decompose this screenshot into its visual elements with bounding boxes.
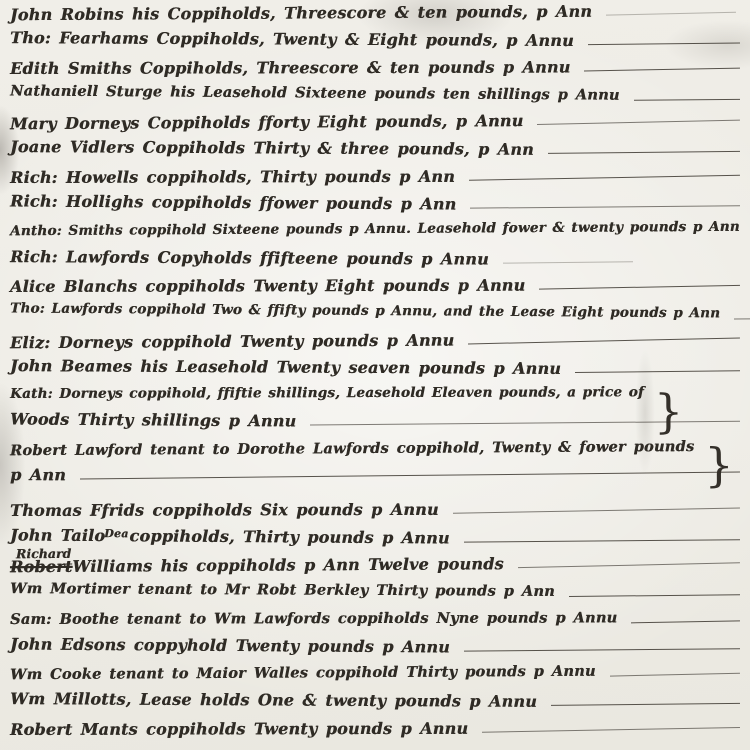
line-text: Alice Blanchs coppiholds Twenty Eight po… <box>10 276 525 296</box>
trailing-rule-line <box>482 727 740 733</box>
trailing-rule-line <box>575 370 740 373</box>
manuscript-line: Robert Lawford tenant to Dorothe Lawford… <box>10 438 744 470</box>
trailing-rule-line <box>548 152 740 155</box>
line-text: Rich: Howells coppiholds, Thirty pounds … <box>10 167 455 187</box>
trailing-rule-line <box>610 673 740 677</box>
line-text: Woods Thirty shillings p Annu <box>10 410 296 431</box>
trailing-rule-line <box>80 472 740 480</box>
trailing-rule-line <box>606 12 736 16</box>
line-text: coppiholds, Thirty pounds p Annu <box>129 526 449 547</box>
trailing-rule-line <box>503 261 633 263</box>
trailing-rule-line <box>464 648 740 651</box>
manuscript-line: Wm Mortimer tenant to Mr Robt Berkley Th… <box>10 580 744 611</box>
trailing-rule-line <box>584 67 740 71</box>
trailing-rule-line <box>588 43 740 46</box>
manuscript-line: Sam: Boothe tenant to Wm Lawfords coppih… <box>10 609 744 638</box>
trailing-rule-line <box>569 595 740 598</box>
manuscript-line: Wm Millotts, Lease holds One & twenty po… <box>10 690 744 721</box>
line-text: Tho: Lawfords coppihold Two & ffifty pou… <box>10 301 720 322</box>
manuscript-line: Eliz: Dorneys coppihold Twenty pounds p … <box>10 328 744 360</box>
trailing-rule-line <box>518 562 740 568</box>
line-text: Wm Cooke tenant to Maior Walles coppihol… <box>10 663 596 684</box>
manuscript-line: John Beames his Leasehold Twenty seaven … <box>10 356 744 387</box>
trailing-rule-line <box>539 285 740 290</box>
interlinear-insertion: Richard <box>16 546 71 561</box>
line-text: Eliz: Dorneys coppihold Twenty pounds p … <box>10 330 454 352</box>
line-text: Nathaniell Sturge his Leasehold Sixteene… <box>10 82 620 103</box>
trailing-rule-line <box>469 175 740 181</box>
line-text: Edith Smiths Coppiholds, Threescore & te… <box>10 57 571 77</box>
line-text: John Edsons coppyhold Twenty pounds p An… <box>10 634 450 656</box>
trailing-rule-line <box>470 206 740 209</box>
line-text: Kath: Dorneys coppihold, ffiftie shillin… <box>10 384 644 402</box>
line-text: Thomas Ffrids coppiholds Six pounds p An… <box>10 500 439 520</box>
trailing-rule-line <box>551 703 740 706</box>
trailing-rule-line <box>631 620 740 623</box>
trailing-rule-line <box>734 319 750 320</box>
manuscript-line: Joane Vidlers Coppiholds Thirty & three … <box>10 138 744 169</box>
line-text: p Ann <box>10 465 66 484</box>
trailing-rule-line <box>453 508 740 514</box>
manuscript-line: Rich: Howells coppiholds, Thirty pounds … <box>10 166 744 195</box>
manuscript-line: Alice Blanchs coppiholds Twenty Eight po… <box>10 275 744 304</box>
line-text: Tho: Fearhams Coppiholds, Twenty & Eight… <box>10 28 574 50</box>
manuscript-line: p Ann <box>10 465 744 496</box>
manuscript-page: John Robins his Coppiholds, Threescore &… <box>0 0 750 750</box>
line-text: Wm Mortimer tenant to Mr Robt Berkley Th… <box>10 580 555 600</box>
trailing-rule-line <box>634 99 740 101</box>
manuscript-line: Kath: Dorneys coppihold, ffiftie shillin… <box>10 384 744 413</box>
line-text: John Beames his Leasehold Twenty seaven … <box>10 356 561 378</box>
line-text: John Tailo <box>10 525 105 545</box>
line-text: Wm Millotts, Lease holds One & twenty po… <box>10 690 537 712</box>
superscript-insertion: Dea <box>104 527 128 540</box>
manuscript-line: Robert Mants coppiholds Twenty pounds p … <box>10 718 744 747</box>
trailing-rule-line <box>310 421 740 426</box>
manuscript-line: Thomas Ffrids coppiholds Six pounds p An… <box>10 499 744 528</box>
line-text: Antho: Smiths coppihold Sixteene pounds … <box>10 219 740 239</box>
manuscript-line: Tho: Lawfords coppihold Two & ffifty pou… <box>10 301 744 333</box>
trailing-rule-line <box>464 539 740 542</box>
manuscript-line: Rich: Lawfords Copyholds ffifteene pound… <box>10 247 744 278</box>
line-text: Mary Dorneys Coppiholds fforty Eight pou… <box>10 111 524 133</box>
manuscript-line: Tho: Fearhams Coppiholds, Twenty & Eight… <box>10 28 744 59</box>
trailing-rule-line <box>468 337 740 344</box>
manuscript-line: Edith Smiths Coppiholds, Threescore & te… <box>10 57 744 86</box>
line-text: Sam: Boothe tenant to Wm Lawfords coppih… <box>10 609 617 628</box>
line-text: Rich: Hollighs coppiholds ffower pounds … <box>10 192 457 214</box>
manuscript-line: Antho: Smiths coppihold Sixteene pounds … <box>10 219 744 251</box>
trailing-rule-line <box>537 120 740 125</box>
line-text: Robert Lawford tenant to Dorothe Lawford… <box>10 438 694 459</box>
line-text: Joane Vidlers Coppiholds Thirty & three … <box>10 138 534 160</box>
line-text: Rich: Lawfords Copyholds ffifteene pound… <box>10 247 489 269</box>
line-text: John Robins his Coppiholds, Threescore &… <box>10 2 592 25</box>
line-text: Williams his coppiholds p Ann Twelve pou… <box>72 554 503 576</box>
line-text: Robert Mants coppiholds Twenty pounds p … <box>10 718 468 738</box>
